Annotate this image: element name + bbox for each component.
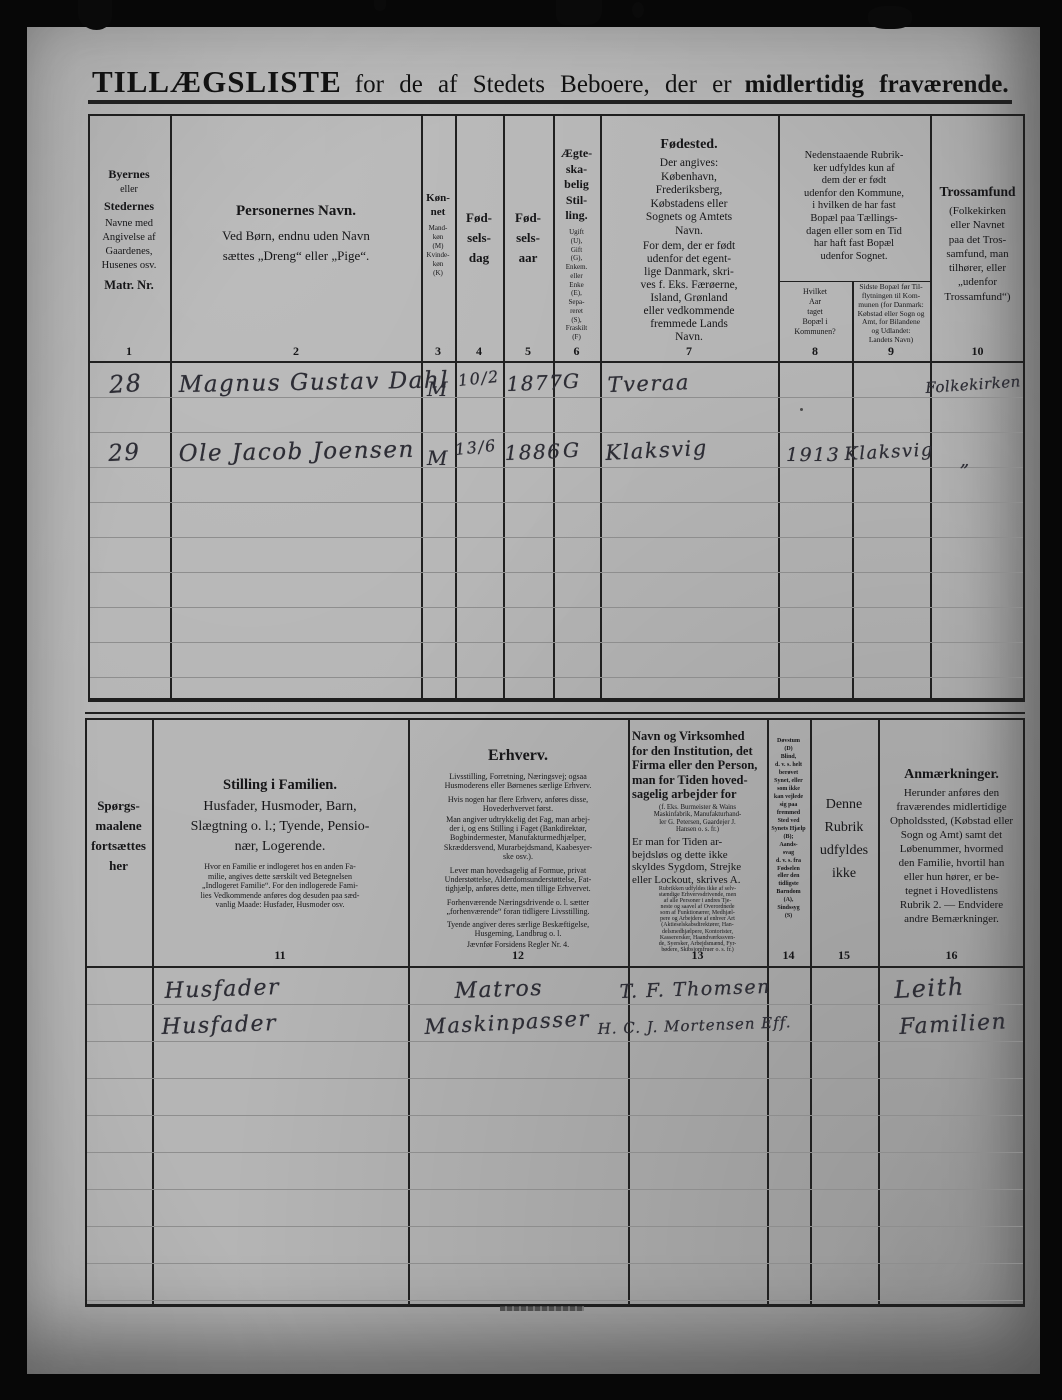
row2-year-moved-entry: 1913 — [786, 444, 840, 466]
col15-header: Denne Rubrik udfyldes ikke — [810, 793, 878, 885]
row2-faith-ditto-mark: „ — [960, 450, 971, 471]
col12-fine-p5: Forhenværende Næringsdrivende o. l. sætt… — [408, 898, 628, 916]
col12-fine-p1: Livsstilling, Forretning, Næringsvej; og… — [408, 772, 628, 790]
col13-header-paren: (f. Eks. Burmeister & Wains Maskinfabrik… — [628, 804, 767, 834]
col2-number: 2 — [172, 344, 420, 359]
col10-header-sub: (Folkekirken eller Navnet paa det Tros- … — [930, 204, 1025, 304]
row2-sex-entry: M — [427, 446, 449, 470]
row2-name-entry: Ole Jacob Joensen — [179, 437, 415, 467]
col11-header-fine-print: Hvor en Familie er indlogeret hos en and… — [152, 862, 408, 910]
col12-fine-p4: Lever man hovedsagelig af Formue, privat… — [408, 866, 628, 894]
scan-border-right — [1040, 0, 1062, 1400]
row1-sex-entry: M — [427, 377, 449, 401]
row2-birthyear-entry: 1886 — [504, 439, 562, 465]
col1-header-eller: eller — [88, 184, 170, 197]
col3-header-title: Køn- net — [421, 192, 455, 220]
page-title-bold-end: midlertidig fraværende. — [745, 71, 1009, 98]
col8-number: 8 — [778, 344, 852, 359]
col2-header-sub: Ved Børn, endnu uden Navn sættes „Dreng“… — [172, 226, 420, 265]
col1-header-body: Navne med Angivelse af Gaardenes, Husene… — [88, 217, 170, 272]
col9-number: 9 — [852, 344, 930, 359]
col1-header-stedernes: Stedernes — [88, 199, 170, 214]
col13-header-p2: Er man for Tiden ar- bejdsløs og dette i… — [628, 836, 767, 887]
col12-number: 12 — [408, 948, 628, 963]
col6-header-sub: Ugift (U), Gift (G), Enkem. eller Enke (… — [553, 228, 600, 342]
scan-border-left — [0, 0, 27, 1400]
row1-family-position-entry: Husfader — [164, 975, 280, 1004]
scan-artifact-blob — [556, 0, 602, 25]
row2-family-position-entry: Husfader — [161, 1011, 277, 1040]
col12-fine-p3: Man angiver udtrykkelig det Fag, man arb… — [408, 815, 628, 861]
col14-number: 14 — [767, 948, 810, 963]
col6-number: 6 — [553, 344, 600, 359]
col7-number: 7 — [600, 344, 778, 359]
row1-occupation-entry: Matros — [454, 976, 543, 1004]
col13-number: 13 — [628, 948, 767, 963]
col8-header: Hvilket Aar taget Bopæl i Kommunen? — [778, 287, 852, 337]
col11-header-title: Stilling i Familien. — [152, 776, 408, 794]
stub-continuation-note: Spørgs- maalene fortsættes her — [85, 796, 152, 877]
col10-number: 10 — [930, 344, 1025, 359]
row1-birthyear-entry: 1877 — [506, 370, 564, 396]
row1-name-entry: Magnus Gustav Dahl — [179, 367, 450, 398]
title-rule — [88, 100, 1012, 104]
scan-artifact-blob — [78, 0, 112, 30]
row1-matr-entry: 28 — [108, 369, 143, 399]
printer-imprint — [500, 1306, 584, 1311]
page-title: TILLÆGSLISTE for de af Stedets Beboere, … — [92, 64, 1014, 100]
col3-number: 3 — [421, 344, 455, 359]
scan-border-bottom — [0, 1374, 1062, 1400]
col16-header-title: Anmærkninger. — [878, 766, 1025, 784]
col4-number: 4 — [455, 344, 503, 359]
col10-header-title: Trossamfund — [930, 184, 1025, 201]
col1-header-matr-nr: Matr. Nr. — [88, 278, 170, 294]
page-title-rest: for de af Stedets Beboere, der er — [355, 71, 732, 98]
row1-birthplace-entry: Tveraa — [607, 370, 690, 397]
col7-header-title: Fødested. — [600, 136, 778, 154]
row1-remarks-entry: Leith — [894, 972, 966, 1004]
col6-header-title: Ægte- ska- belig Stil- ling. — [553, 146, 600, 224]
col16-header-body: Herunder anføres den fraværendes midlert… — [878, 787, 1025, 927]
col5-number: 5 — [503, 344, 553, 359]
row1-civilstatus-entry: G — [563, 369, 580, 393]
col16-number: 16 — [878, 948, 1025, 963]
row2-matr-entry: 29 — [108, 439, 142, 467]
table2-top-double-rule — [85, 712, 1025, 714]
col13-header-fine: Rubrikken udfyldes ikke af selv- stændig… — [628, 886, 767, 953]
col15-number: 15 — [810, 948, 878, 963]
col12-header-title: Erhverv. — [408, 746, 628, 766]
col14-header: Døvstum (D) Blind, d. v. s. helt berøvet… — [767, 738, 810, 921]
row2-civilstatus-entry: G — [563, 438, 580, 462]
col9-header: Sidste Bopæl før Til- flytningen til Kom… — [852, 283, 930, 345]
col13-header-main: Navn og Virksomhed for den Institution, … — [628, 729, 767, 802]
col1-header-byernes: Byernes — [88, 167, 170, 182]
col5-header-title: Fød- sels- aar — [503, 208, 553, 268]
scan-artifact-blob — [868, 6, 912, 29]
ink-speck — [800, 408, 803, 411]
col1-number: 1 — [88, 344, 170, 359]
col12-fine-p6: Tyende angiver deres særlige Beskæftigel… — [408, 920, 628, 938]
scan-artifact-blob — [632, 2, 644, 18]
col7-header-p1: Der angives: København, Frederiksberg, K… — [600, 157, 778, 238]
col12-fine-p2: Hvis nogen har flere Erhverv, anføres di… — [408, 795, 628, 813]
col8-9-group-header: Nedenstaaende Rubrik- ker udfyldes kun a… — [778, 150, 930, 263]
col7-header-p2: For dem, der er født udenfor det egent- … — [600, 240, 778, 344]
col11-header-body: Husfader, Husmoder, Barn, Slægtning o. l… — [152, 797, 408, 857]
col3-header-sub: Mand- køn (M) Kvinde- køn (K) — [421, 224, 455, 279]
col11-number: 11 — [152, 948, 408, 963]
page-title-word: TILLÆGSLISTE — [92, 64, 342, 99]
scan-artifact-blob — [374, 0, 386, 11]
table1-row-rules — [90, 363, 1023, 698]
col4-header-title: Fød- sels- dag — [455, 208, 503, 268]
col2-header-title: Personernes Navn. — [172, 202, 420, 221]
